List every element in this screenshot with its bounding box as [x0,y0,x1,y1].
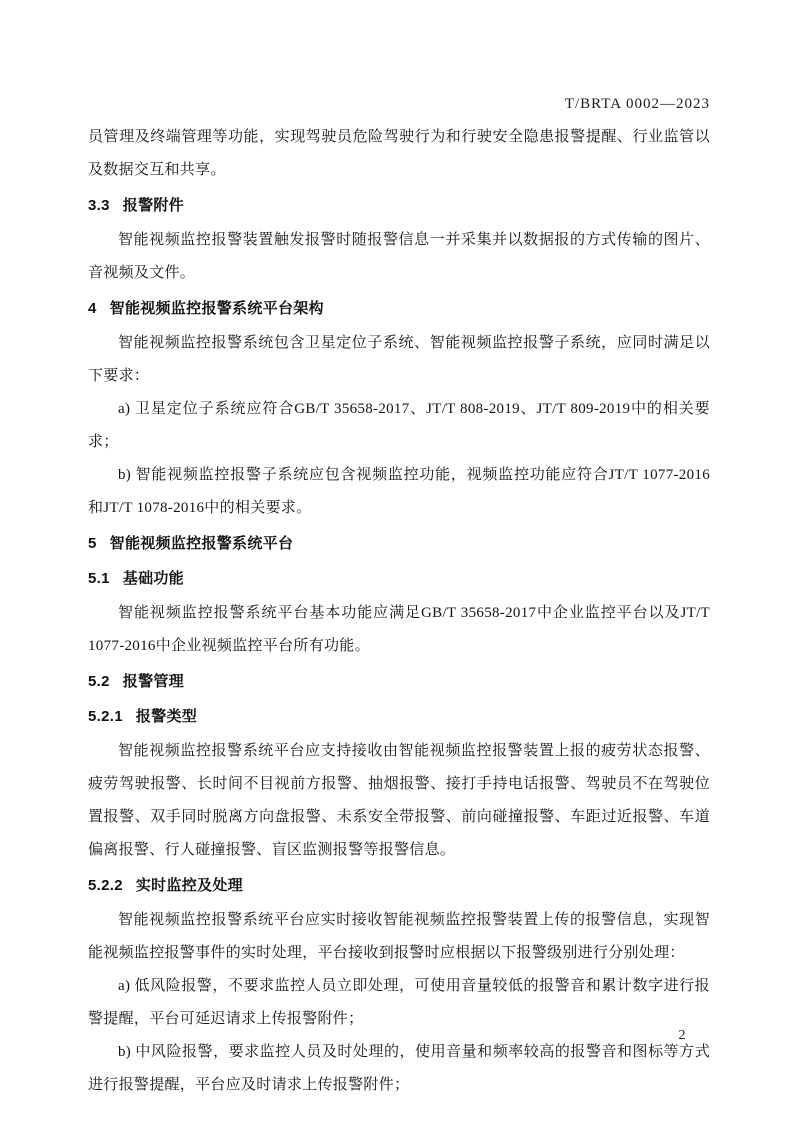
heading-number: 5.2 [88,673,110,690]
paragraph: 智能视频监控报警装置触发报警时随报警信息一并采集并以数据报的方式传输的图片、音视… [88,224,710,290]
heading-title: 报警管理 [123,673,184,690]
list-item-a: a) 卫星定位子系统应符合GB/T 35658-2017、JT/T 808-20… [88,393,710,459]
heading-number: 3.3 [88,197,110,214]
heading-number: 5 [88,535,97,552]
heading-number: 5.2.1 [88,708,123,725]
heading-title: 报警类型 [136,708,197,725]
paragraph-continuation: 员管理及终端管理等功能，实现驾驶员危险驾驶行为和行驶安全隐患报警提醒、行业监管以… [88,121,710,187]
paragraph: 智能视频监控报警系统包含卫星定位子系统、智能视频监控报警子系统，应同时满足以下要… [88,327,710,393]
section-heading-5-2-2: 5.2.2实时监控及处理 [88,869,710,902]
list-item-b: b) 中风险报警，要求监控人员及时处理的，使用音量和频率较高的报警音和图标等方式… [88,1036,710,1102]
page-number: 2 [652,1028,712,1044]
document-page: T/BRTA 0002—2023 员管理及终端管理等功能，实现驾驶员危险驾驶行为… [0,0,794,1123]
paragraph: 智能视频监控报警系统平台应实时接收智能视频监控报警装置上传的报警信息，实现智能视… [88,904,710,970]
section-heading-3-3: 3.3报警附件 [88,189,710,222]
heading-title: 基础功能 [123,570,184,587]
section-heading-5-2-1: 5.2.1报警类型 [88,700,710,733]
list-item-b: b) 智能视频监控报警子系统应包含视频监控功能，视频监控功能应符合JT/T 10… [88,459,710,525]
section-heading-5-2: 5.2报警管理 [88,665,710,698]
heading-title: 智能视频监控报警系统平台 [110,535,294,552]
heading-title: 智能视频监控报警系统平台架构 [110,300,324,317]
heading-number: 4 [88,300,97,317]
heading-title: 报警附件 [123,197,184,214]
heading-number: 5.1 [88,570,110,587]
chapter-heading-5: 5智能视频监控报警系统平台 [88,527,710,560]
document-number-header: T/BRTA 0002—2023 [88,96,710,113]
heading-number: 5.2.2 [88,877,123,894]
section-heading-5-1: 5.1基础功能 [88,562,710,595]
paragraph: 智能视频监控报警系统平台基本功能应满足GB/T 35658-2017中企业监控平… [88,597,710,663]
chapter-heading-4: 4智能视频监控报警系统平台架构 [88,292,710,325]
list-item-a: a) 低风险报警，不要求监控人员立即处理，可使用音量较低的报警音和累计数字进行报… [88,970,710,1036]
heading-title: 实时监控及处理 [136,877,243,894]
paragraph: 智能视频监控报警系统平台应支持接收由智能视频监控报警装置上报的疲劳状态报警、疲劳… [88,735,710,867]
document-body: 员管理及终端管理等功能，实现驾驶员危险驾驶行为和行驶安全隐患报警提醒、行业监管以… [88,121,710,1102]
